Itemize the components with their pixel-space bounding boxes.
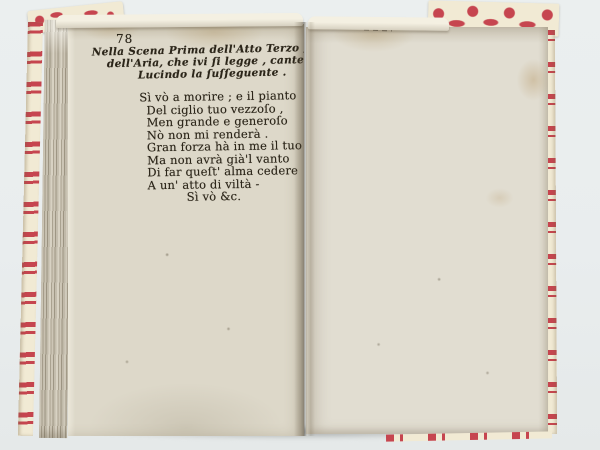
page-number: 78 — [116, 32, 133, 46]
right-page-top-curl — [308, 16, 449, 30]
left-page-top-curl — [56, 13, 303, 28]
left-page: 78 Nella Scena Prima dell'Atto Terzo , i… — [68, 24, 304, 436]
book-gutter — [294, 22, 315, 436]
book: 78 Nella Scena Prima dell'Atto Terzo , i… — [0, 0, 600, 450]
aria-poem: Sì vò a morire ; e il pianto Del ciglio … — [139, 89, 304, 204]
right-page-blank — [306, 27, 548, 434]
scene-heading: Nella Scena Prima dell'Atto Terzo , in v… — [92, 41, 304, 82]
poem-line: Sì vò &c. — [187, 189, 304, 204]
photo-backdrop: 78 Nella Scena Prima dell'Atto Terzo , i… — [0, 0, 600, 450]
